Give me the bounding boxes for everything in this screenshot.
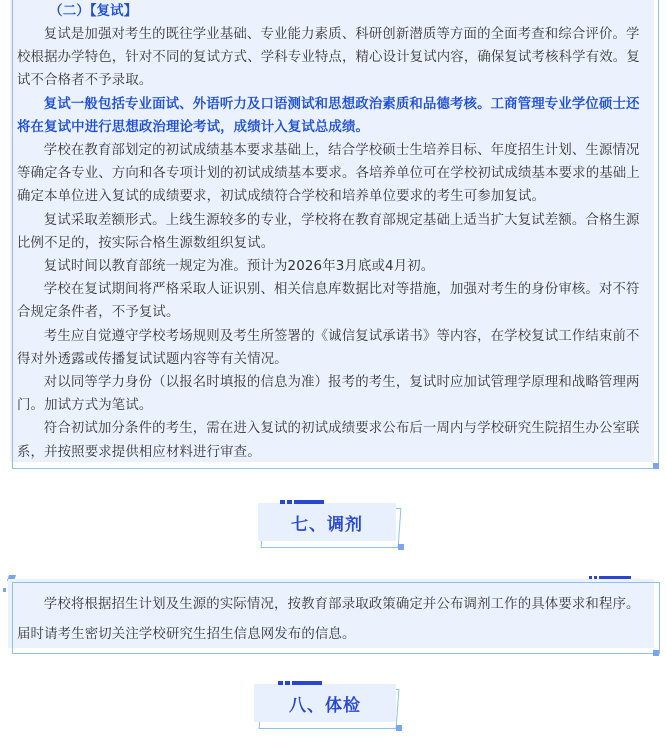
retest-paragraph-6: 学校在复试期间将严格采取人证识别、相关信息库数据比对等措施，加强对考生的身份审核… — [17, 278, 645, 324]
retest-paragraph-4: 复试采取差额形式。上线生源较多的专业，学校将在教育部规定基础上适当扩大复试差额。… — [17, 209, 645, 255]
heading-corner-decoration — [398, 544, 404, 550]
retest-subtitle: （二）【复试】 — [17, 1, 645, 23]
heading-box: 八、体检 — [254, 684, 396, 722]
adjustment-content: 学校将根据招生计划及生源的实际情况，按教育部录取政策确定并公布调剂工作的具体要求… — [17, 590, 647, 650]
adjustment-paragraph: 学校将根据招生计划及生源的实际情况，按教育部录取政策确定并公布调剂工作的具体要求… — [17, 590, 647, 650]
heading-title: 七、调剂 — [291, 510, 363, 535]
adjust-corner-bottom-right — [653, 650, 659, 656]
heading-box: 七、调剂 — [258, 503, 396, 541]
retest-paragraph-5: 复试时间以教育部统一规定为准。预计为2026年3月底或4月初。 — [17, 255, 645, 278]
section-heading-physical-exam: 八、体检 — [254, 684, 404, 732]
retest-content: （二）【复试】 复试是加强对考生的既往学业基础、专业能力素质、科研创新潜质等方面… — [17, 1, 645, 464]
section-heading-adjustment: 七、调剂 — [258, 503, 408, 551]
retest-paragraph-3: 学校在教育部划定的初试成绩基本要求基础上，结合学校硕士生培养目标、年度招生计划、… — [17, 139, 645, 209]
heading-bars-decoration — [278, 681, 323, 685]
retest-paragraph-8: 对以同等学力身份（以报名时填报的信息为准）报考的考生，复试时应加试管理学原理和战… — [17, 371, 645, 417]
retest-corner-decoration — [653, 463, 659, 469]
heading-corner-decoration — [396, 725, 402, 731]
retest-paragraph-9: 符合初试加分条件的考生，需在进入复试的初试成绩要求公布后一周内与学校研究生院招生… — [17, 417, 645, 463]
heading-title: 八、体检 — [289, 691, 361, 716]
retest-paragraph-1: 复试是加强对考生的既往学业基础、专业能力素质、科研创新潜质等方面的全面考查和综合… — [17, 23, 645, 93]
adjust-corner-left-small — [3, 588, 6, 592]
heading-bars-decoration — [280, 500, 325, 504]
retest-paragraph-2-emphasis: 复试一般包括专业面试、外语听力及口语测试和思想政治素质和品德考核。工商管理专业学… — [17, 93, 645, 139]
retest-paragraph-7: 考生应自觉遵守学校考场规则及考生所签署的《诚信复试承诺书》等内容，在学校复试工作… — [17, 325, 645, 371]
